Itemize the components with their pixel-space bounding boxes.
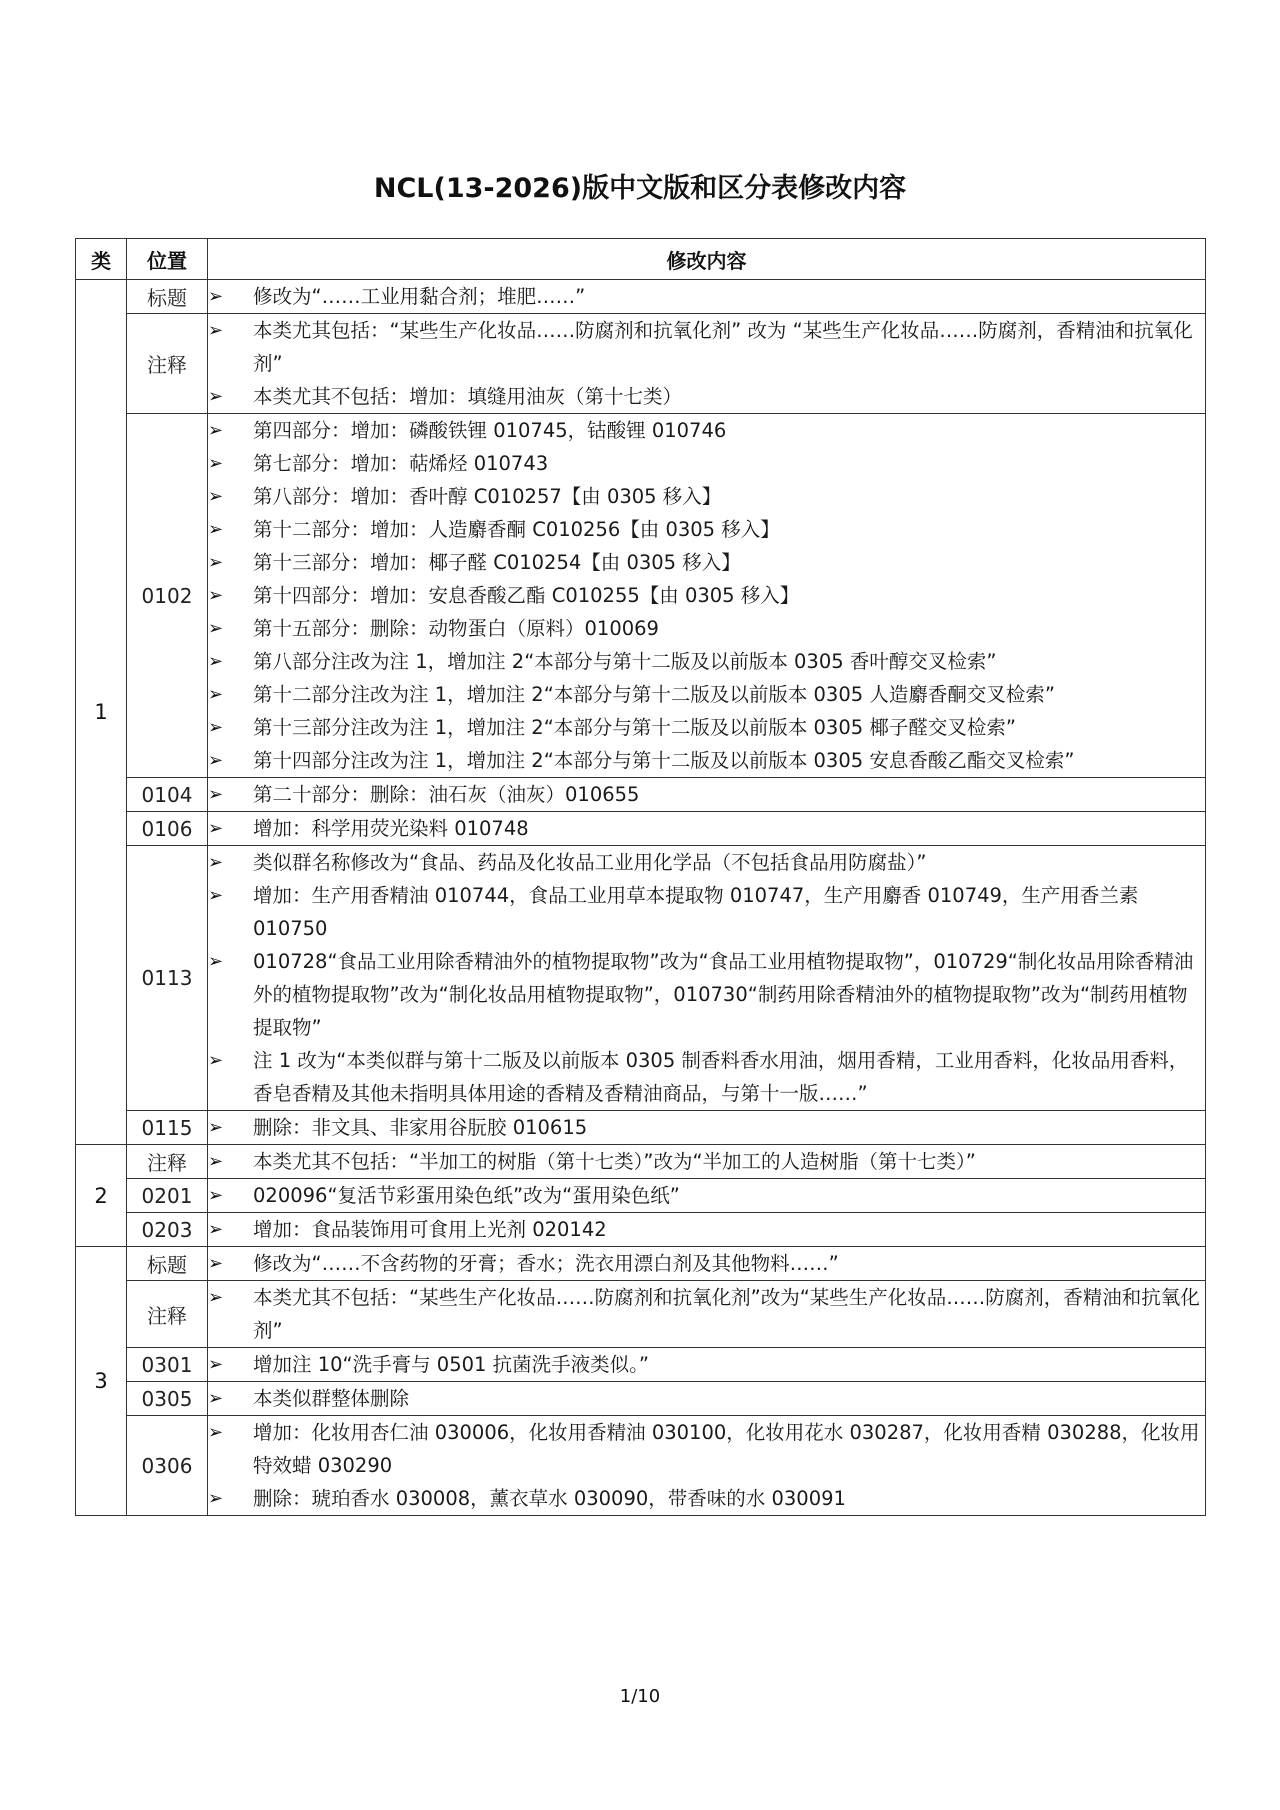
- change-text: 本类尤其不包括：增加：填缝用油灰（第十七类）: [253, 385, 682, 408]
- list-item: ➢第十二部分：增加：人造麝香酮 C010256【由 0305 移入】: [208, 513, 1205, 546]
- list-item: ➢第七部分：增加：萜烯烃 010743: [208, 447, 1205, 480]
- position-cell: 0115: [127, 1111, 208, 1145]
- change-list: ➢本类似群整体删除: [208, 1382, 1205, 1415]
- arrow-bullet-icon: ➢: [208, 414, 223, 447]
- list-item: ➢增加：食品装饰用可食用上光剂 020142: [208, 1213, 1205, 1246]
- list-item: ➢增加：化妆用杏仁油 030006，化妆用香精油 030100，化妆用花水 03…: [208, 1416, 1205, 1482]
- table-row: 2注释➢本类尤其不包括：“半加工的树脂（第十七类）”改为“半加工的人造树脂（第十…: [76, 1145, 1206, 1179]
- position-cell: 0102: [127, 414, 208, 778]
- list-item: ➢增加：科学用荧光染料 010748: [208, 812, 1205, 845]
- change-text: 本类尤其不包括：“某些生产化妆品……防腐剂和抗氧化剂”改为“某些生产化妆品……防…: [253, 1286, 1200, 1342]
- change-list: ➢修改为“……工业用黏合剂；堆肥……”: [208, 280, 1205, 313]
- change-list: ➢修改为“……不含药物的牙膏；香水；洗衣用漂白剂及其他物料……”: [208, 1247, 1205, 1280]
- arrow-bullet-icon: ➢: [208, 1281, 223, 1314]
- arrow-bullet-icon: ➢: [208, 1044, 223, 1077]
- arrow-bullet-icon: ➢: [208, 546, 223, 579]
- change-text: 增加：化妆用杏仁油 030006，化妆用香精油 030100，化妆用花水 030…: [253, 1421, 1200, 1477]
- position-cell: 标题: [127, 280, 208, 314]
- content-cell: ➢第二十部分：删除：油石灰（油灰）010655: [208, 778, 1206, 812]
- change-list: ➢本类尤其不包括：“半加工的树脂（第十七类）”改为“半加工的人造树脂（第十七类）…: [208, 1145, 1205, 1178]
- arrow-bullet-icon: ➢: [208, 1482, 223, 1515]
- content-cell: ➢类似群名称修改为“食品、药品及化妆品工业用化学品（不包括食品用防腐盐）”➢增加…: [208, 846, 1206, 1111]
- table-header-row: 类 位置 修改内容: [76, 239, 1206, 280]
- table-row: 注释➢本类尤其不包括：“某些生产化妆品……防腐剂和抗氧化剂”改为“某些生产化妆品…: [76, 1281, 1206, 1348]
- table-row: 0115➢删除：非文具、非家用谷朊胶 010615: [76, 1111, 1206, 1145]
- table-row: 0301➢增加注 10“洗手膏与 0501 抗菌洗手液类似。”: [76, 1348, 1206, 1382]
- content-cell: ➢增加：食品装饰用可食用上光剂 020142: [208, 1213, 1206, 1247]
- position-cell: 0201: [127, 1179, 208, 1213]
- content-cell: ➢第四部分：增加：磷酸铁锂 010745，钴酸锂 010746➢第七部分：增加：…: [208, 414, 1206, 778]
- arrow-bullet-icon: ➢: [208, 579, 223, 612]
- list-item: ➢010728“食品工业用除香精油外的植物提取物”改为“食品工业用植物提取物”，…: [208, 945, 1205, 1044]
- change-text: 修改为“……工业用黏合剂；堆肥……”: [253, 285, 585, 308]
- list-item: ➢增加：生产用香精油 010744，食品工业用草本提取物 010747，生产用麝…: [208, 879, 1205, 945]
- table-body: 1标题➢修改为“……工业用黏合剂；堆肥……”注释➢本类尤其包括：“某些生产化妆品…: [76, 280, 1206, 1516]
- list-item: ➢本类尤其不包括：增加：填缝用油灰（第十七类）: [208, 380, 1205, 413]
- changes-table: 类 位置 修改内容 1标题➢修改为“……工业用黏合剂；堆肥……”注释➢本类尤其包…: [75, 238, 1206, 1516]
- change-text: 修改为“……不含药物的牙膏；香水；洗衣用漂白剂及其他物料……”: [253, 1252, 839, 1275]
- content-cell: ➢修改为“……不含药物的牙膏；香水；洗衣用漂白剂及其他物料……”: [208, 1247, 1206, 1281]
- change-list: ➢增加注 10“洗手膏与 0501 抗菌洗手液类似。”: [208, 1348, 1205, 1381]
- list-item: ➢修改为“……工业用黏合剂；堆肥……”: [208, 280, 1205, 313]
- change-text: 第十三部分注改为注 1，增加注 2“本部分与第十二版及以前版本 0305 椰子醛…: [253, 716, 1016, 739]
- change-text: 本类尤其包括：“某些生产化妆品……防腐剂和抗氧化剂” 改为 “某些生产化妆品………: [253, 319, 1193, 375]
- change-text: 增加：食品装饰用可食用上光剂 020142: [253, 1218, 607, 1241]
- arrow-bullet-icon: ➢: [208, 812, 223, 845]
- arrow-bullet-icon: ➢: [208, 1348, 223, 1381]
- header-content: 修改内容: [208, 239, 1206, 280]
- arrow-bullet-icon: ➢: [208, 744, 223, 777]
- arrow-bullet-icon: ➢: [208, 612, 223, 645]
- change-list: ➢第四部分：增加：磷酸铁锂 010745，钴酸锂 010746➢第七部分：增加：…: [208, 414, 1205, 777]
- change-list: ➢本类尤其包括：“某些生产化妆品……防腐剂和抗氧化剂” 改为 “某些生产化妆品……: [208, 314, 1205, 413]
- change-list: ➢增加：食品装饰用可食用上光剂 020142: [208, 1213, 1205, 1246]
- change-text: 注 1 改为“本类似群与第十二版及以前版本 0305 制香料香水用油，烟用香精，…: [253, 1049, 1188, 1105]
- change-text: 类似群名称修改为“食品、药品及化妆品工业用化学品（不包括食品用防腐盐）”: [253, 851, 926, 874]
- list-item: ➢第十五部分：删除：动物蛋白（原料）010069: [208, 612, 1205, 645]
- list-item: ➢第十三部分：增加：椰子醛 C010254【由 0305 移入】: [208, 546, 1205, 579]
- list-item: ➢本类尤其不包括：“半加工的树脂（第十七类）”改为“半加工的人造树脂（第十七类）…: [208, 1145, 1205, 1178]
- list-item: ➢第十四部分注改为注 1，增加注 2“本部分与第十二版及以前版本 0305 安息…: [208, 744, 1205, 777]
- class-number-cell: 2: [76, 1145, 127, 1247]
- position-cell: 0106: [127, 812, 208, 846]
- arrow-bullet-icon: ➢: [208, 879, 223, 912]
- table-row: 0201➢020096“复活节彩蛋用染色纸”改为“蛋用染色纸”: [76, 1179, 1206, 1213]
- change-text: 第八部分：增加：香叶醇 C010257【由 0305 移入】: [253, 485, 721, 508]
- arrow-bullet-icon: ➢: [208, 314, 223, 347]
- class-number-cell: 3: [76, 1247, 127, 1516]
- arrow-bullet-icon: ➢: [208, 447, 223, 480]
- arrow-bullet-icon: ➢: [208, 1145, 223, 1178]
- arrow-bullet-icon: ➢: [208, 711, 223, 744]
- list-item: ➢注 1 改为“本类似群与第十二版及以前版本 0305 制香料香水用油，烟用香精…: [208, 1044, 1205, 1110]
- list-item: ➢第二十部分：删除：油石灰（油灰）010655: [208, 778, 1205, 811]
- content-cell: ➢增加：科学用荧光染料 010748: [208, 812, 1206, 846]
- change-text: 第八部分注改为注 1，增加注 2“本部分与第十二版及以前版本 0305 香叶醇交…: [253, 650, 996, 673]
- change-text: 010728“食品工业用除香精油外的植物提取物”改为“食品工业用植物提取物”，0…: [253, 950, 1193, 1039]
- list-item: ➢第八部分：增加：香叶醇 C010257【由 0305 移入】: [208, 480, 1205, 513]
- change-text: 本类似群整体删除: [253, 1387, 409, 1410]
- position-cell: 注释: [127, 1281, 208, 1348]
- position-cell: 0203: [127, 1213, 208, 1247]
- change-text: 增加：科学用荧光染料 010748: [253, 817, 529, 840]
- arrow-bullet-icon: ➢: [208, 1382, 223, 1415]
- table-row: 0305➢本类似群整体删除: [76, 1382, 1206, 1416]
- list-item: ➢第十四部分：增加：安息香酸乙酯 C010255【由 0305 移入】: [208, 579, 1205, 612]
- content-cell: ➢本类尤其不包括：“某些生产化妆品……防腐剂和抗氧化剂”改为“某些生产化妆品………: [208, 1281, 1206, 1348]
- arrow-bullet-icon: ➢: [208, 380, 223, 413]
- table-row: 注释➢本类尤其包括：“某些生产化妆品……防腐剂和抗氧化剂” 改为 “某些生产化妆…: [76, 314, 1206, 414]
- list-item: ➢本类似群整体删除: [208, 1382, 1205, 1415]
- content-cell: ➢020096“复活节彩蛋用染色纸”改为“蛋用染色纸”: [208, 1179, 1206, 1213]
- list-item: ➢第十二部分注改为注 1，增加注 2“本部分与第十二版及以前版本 0305 人造…: [208, 678, 1205, 711]
- change-list: ➢第二十部分：删除：油石灰（油灰）010655: [208, 778, 1205, 811]
- class-number-cell: 1: [76, 280, 127, 1145]
- change-text: 第十三部分：增加：椰子醛 C010254【由 0305 移入】: [253, 551, 741, 574]
- change-text: 第二十部分：删除：油石灰（油灰）010655: [253, 783, 639, 806]
- arrow-bullet-icon: ➢: [208, 1213, 223, 1246]
- arrow-bullet-icon: ➢: [208, 280, 223, 313]
- change-list: ➢增加：科学用荧光染料 010748: [208, 812, 1205, 845]
- change-list: ➢增加：化妆用杏仁油 030006，化妆用香精油 030100，化妆用花水 03…: [208, 1416, 1205, 1515]
- position-cell: 0301: [127, 1348, 208, 1382]
- table-row: 0104➢第二十部分：删除：油石灰（油灰）010655: [76, 778, 1206, 812]
- change-list: ➢020096“复活节彩蛋用染色纸”改为“蛋用染色纸”: [208, 1179, 1205, 1212]
- list-item: ➢类似群名称修改为“食品、药品及化妆品工业用化学品（不包括食品用防腐盐）”: [208, 846, 1205, 879]
- header-position: 位置: [127, 239, 208, 280]
- content-cell: ➢增加注 10“洗手膏与 0501 抗菌洗手液类似。”: [208, 1348, 1206, 1382]
- arrow-bullet-icon: ➢: [208, 778, 223, 811]
- list-item: ➢本类尤其不包括：“某些生产化妆品……防腐剂和抗氧化剂”改为“某些生产化妆品………: [208, 1281, 1205, 1347]
- table-row: 0106➢增加：科学用荧光染料 010748: [76, 812, 1206, 846]
- list-item: ➢第十三部分注改为注 1，增加注 2“本部分与第十二版及以前版本 0305 椰子…: [208, 711, 1205, 744]
- position-cell: 0305: [127, 1382, 208, 1416]
- list-item: ➢第四部分：增加：磷酸铁锂 010745，钴酸锂 010746: [208, 414, 1205, 447]
- change-text: 本类尤其不包括：“半加工的树脂（第十七类）”改为“半加工的人造树脂（第十七类）”: [253, 1150, 976, 1173]
- content-cell: ➢删除：非文具、非家用谷朊胶 010615: [208, 1111, 1206, 1145]
- page-number: 1/10: [0, 1686, 1280, 1707]
- arrow-bullet-icon: ➢: [208, 1416, 223, 1449]
- list-item: ➢修改为“……不含药物的牙膏；香水；洗衣用漂白剂及其他物料……”: [208, 1247, 1205, 1280]
- position-cell: 0104: [127, 778, 208, 812]
- table-row: 0113➢类似群名称修改为“食品、药品及化妆品工业用化学品（不包括食品用防腐盐）…: [76, 846, 1206, 1111]
- position-cell: 注释: [127, 1145, 208, 1179]
- list-item: ➢删除：非文具、非家用谷朊胶 010615: [208, 1111, 1205, 1144]
- change-text: 删除：非文具、非家用谷朊胶 010615: [253, 1116, 587, 1139]
- change-text: 增加：生产用香精油 010744，食品工业用草本提取物 010747，生产用麝香…: [253, 884, 1138, 940]
- arrow-bullet-icon: ➢: [208, 1179, 223, 1212]
- list-item: ➢删除：琥珀香水 030008，薰衣草水 030090，带香味的水 030091: [208, 1482, 1205, 1515]
- position-cell: 注释: [127, 314, 208, 414]
- change-text: 020096“复活节彩蛋用染色纸”改为“蛋用染色纸”: [253, 1184, 680, 1207]
- header-class: 类: [76, 239, 127, 280]
- arrow-bullet-icon: ➢: [208, 945, 223, 978]
- list-item: ➢020096“复活节彩蛋用染色纸”改为“蛋用染色纸”: [208, 1179, 1205, 1212]
- content-cell: ➢本类似群整体删除: [208, 1382, 1206, 1416]
- arrow-bullet-icon: ➢: [208, 846, 223, 879]
- arrow-bullet-icon: ➢: [208, 678, 223, 711]
- arrow-bullet-icon: ➢: [208, 1111, 223, 1144]
- table-row: 0203➢增加：食品装饰用可食用上光剂 020142: [76, 1213, 1206, 1247]
- position-cell: 标题: [127, 1247, 208, 1281]
- arrow-bullet-icon: ➢: [208, 1247, 223, 1280]
- content-cell: ➢本类尤其不包括：“半加工的树脂（第十七类）”改为“半加工的人造树脂（第十七类）…: [208, 1145, 1206, 1179]
- table-row: 1标题➢修改为“……工业用黏合剂；堆肥……”: [76, 280, 1206, 314]
- change-text: 第十四部分注改为注 1，增加注 2“本部分与第十二版及以前版本 0305 安息香…: [253, 749, 1074, 772]
- table-row: 3标题➢修改为“……不含药物的牙膏；香水；洗衣用漂白剂及其他物料……”: [76, 1247, 1206, 1281]
- arrow-bullet-icon: ➢: [208, 480, 223, 513]
- change-text: 第十二部分注改为注 1，增加注 2“本部分与第十二版及以前版本 0305 人造麝…: [253, 683, 1055, 706]
- content-cell: ➢增加：化妆用杏仁油 030006，化妆用香精油 030100，化妆用花水 03…: [208, 1416, 1206, 1516]
- page-title: NCL(13-2026)版中文版和区分表修改内容: [0, 166, 1280, 205]
- arrow-bullet-icon: ➢: [208, 513, 223, 546]
- change-text: 第四部分：增加：磷酸铁锂 010745，钴酸锂 010746: [253, 419, 726, 442]
- list-item: ➢本类尤其包括：“某些生产化妆品……防腐剂和抗氧化剂” 改为 “某些生产化妆品……: [208, 314, 1205, 380]
- change-text: 第十二部分：增加：人造麝香酮 C010256【由 0305 移入】: [253, 518, 780, 541]
- table-row: 0306➢增加：化妆用杏仁油 030006，化妆用香精油 030100，化妆用花…: [76, 1416, 1206, 1516]
- change-text: 删除：琥珀香水 030008，薰衣草水 030090，带香味的水 030091: [253, 1487, 846, 1510]
- change-text: 第十五部分：删除：动物蛋白（原料）010069: [253, 617, 659, 640]
- position-cell: 0306: [127, 1416, 208, 1516]
- change-text: 第十四部分：增加：安息香酸乙酯 C010255【由 0305 移入】: [253, 584, 799, 607]
- position-cell: 0113: [127, 846, 208, 1111]
- change-list: ➢删除：非文具、非家用谷朊胶 010615: [208, 1111, 1205, 1144]
- change-text: 第七部分：增加：萜烯烃 010743: [253, 452, 548, 475]
- arrow-bullet-icon: ➢: [208, 645, 223, 678]
- list-item: ➢增加注 10“洗手膏与 0501 抗菌洗手液类似。”: [208, 1348, 1205, 1381]
- list-item: ➢第八部分注改为注 1，增加注 2“本部分与第十二版及以前版本 0305 香叶醇…: [208, 645, 1205, 678]
- change-list: ➢类似群名称修改为“食品、药品及化妆品工业用化学品（不包括食品用防腐盐）”➢增加…: [208, 846, 1205, 1110]
- content-cell: ➢修改为“……工业用黏合剂；堆肥……”: [208, 280, 1206, 314]
- change-list: ➢本类尤其不包括：“某些生产化妆品……防腐剂和抗氧化剂”改为“某些生产化妆品………: [208, 1281, 1205, 1347]
- content-cell: ➢本类尤其包括：“某些生产化妆品……防腐剂和抗氧化剂” 改为 “某些生产化妆品……: [208, 314, 1206, 414]
- change-text: 增加注 10“洗手膏与 0501 抗菌洗手液类似。”: [253, 1353, 649, 1376]
- table-row: 0102➢第四部分：增加：磷酸铁锂 010745，钴酸锂 010746➢第七部分…: [76, 414, 1206, 778]
